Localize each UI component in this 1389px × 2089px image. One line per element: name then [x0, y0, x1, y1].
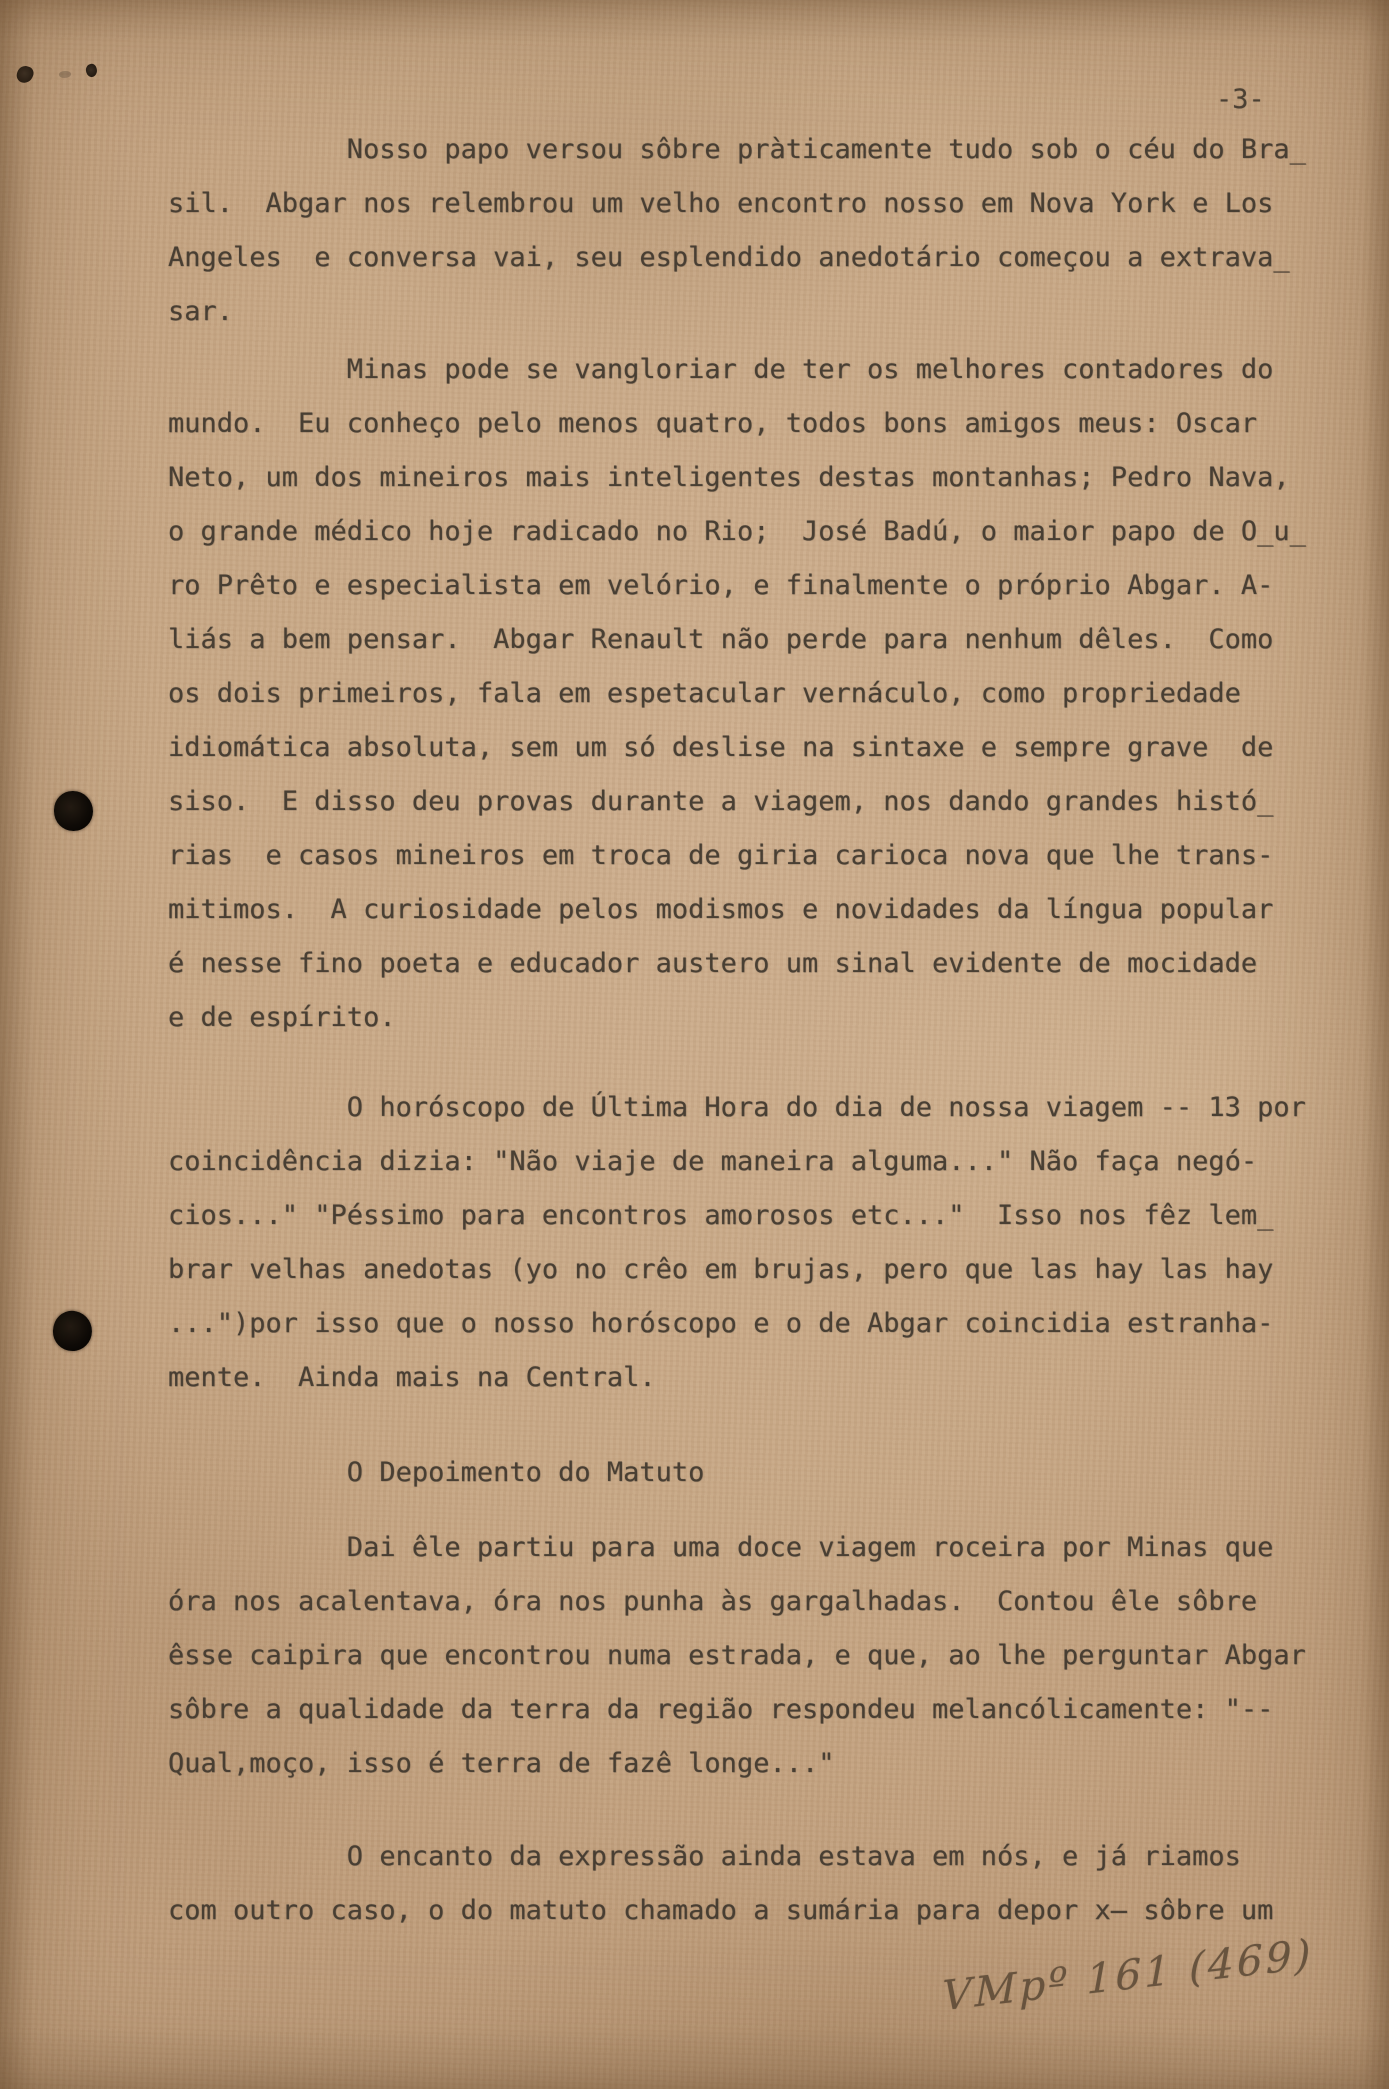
paragraph: Dai êle partiu para uma doce viagem roce… — [168, 1521, 1358, 1791]
typed-line: O Depoimento do Matuto — [168, 1446, 1358, 1500]
paragraph: Nosso papo versou sôbre pràticamente tud… — [168, 123, 1358, 339]
section-heading: O Depoimento do Matuto — [168, 1446, 1358, 1500]
typed-line: com outro caso, o do matuto chamado a su… — [168, 1884, 1358, 1938]
ink-blot — [54, 791, 93, 831]
typed-text: Nosso papo versou sôbre pràticamente tud… — [168, 123, 1358, 1938]
typed-line: sil. Abgar nos relembrou um velho encont… — [168, 177, 1358, 231]
handwritten-annotation: VMpº 161 (469) — [942, 1924, 1360, 2020]
typed-line: Neto, um dos mineiros mais inteligentes … — [168, 451, 1358, 505]
page-number: -3- — [1216, 84, 1265, 115]
ink-speck — [15, 64, 36, 85]
typed-line: brar velhas anedotas (yo no crêo em bruj… — [168, 1243, 1358, 1297]
typed-line: Nosso papo versou sôbre pràticamente tud… — [168, 123, 1358, 177]
typed-line: óra nos acalentava, óra nos punha às gar… — [168, 1575, 1358, 1629]
typed-line: Qual,moço, isso é terra de fazê longe...… — [168, 1737, 1358, 1791]
ink-speck — [59, 71, 71, 78]
typed-line: e de espírito. — [168, 991, 1358, 1045]
paragraph: Minas pode se vangloriar de ter os melho… — [168, 343, 1358, 1045]
typed-line: é nesse fino poeta e educador austero um… — [168, 937, 1358, 991]
typed-line: O encanto da expressão ainda estava em n… — [168, 1830, 1358, 1884]
typed-line: cios..." "Péssimo para encontros amoroso… — [168, 1189, 1358, 1243]
typed-line: Angeles e conversa vai, seu esplendido a… — [168, 231, 1358, 285]
ink-blot — [49, 1307, 95, 1354]
typed-line: liás a bem pensar. Abgar Renault não per… — [168, 613, 1358, 667]
typed-line: ro Prêto e especialista em velório, e fi… — [168, 559, 1358, 613]
typed-line: mente. Ainda mais na Central. — [168, 1351, 1358, 1405]
typed-line: êsse caipira que encontrou numa estrada,… — [168, 1629, 1358, 1683]
typed-line: O horóscopo de Última Hora do dia de nos… — [168, 1081, 1358, 1135]
typed-line: sar. — [168, 285, 1358, 339]
typewritten-page: -3- Nosso papo versou sôbre pràticamente… — [0, 0, 1389, 2089]
ink-speck — [85, 63, 99, 78]
typed-line: mitimos. A curiosidade pelos modismos e … — [168, 883, 1358, 937]
typed-line: siso. E disso deu provas durante a viage… — [168, 775, 1358, 829]
typed-line: Dai êle partiu para uma doce viagem roce… — [168, 1521, 1358, 1575]
typed-line: mundo. Eu conheço pelo menos quatro, tod… — [168, 397, 1358, 451]
typed-line: rias e casos mineiros em troca de giria … — [168, 829, 1358, 883]
paragraph: O horóscopo de Última Hora do dia de nos… — [168, 1081, 1358, 1405]
typed-line: ...")por isso que o nosso horóscopo e o … — [168, 1297, 1358, 1351]
typed-line: o grande médico hoje radicado no Rio; Jo… — [168, 505, 1358, 559]
typed-line: os dois primeiros, fala em espetacular v… — [168, 667, 1358, 721]
typed-line: Minas pode se vangloriar de ter os melho… — [168, 343, 1358, 397]
typed-line: sôbre a qualidade da terra da região res… — [168, 1683, 1358, 1737]
typed-line: idiomática absoluta, sem um só deslise n… — [168, 721, 1358, 775]
paragraph: O encanto da expressão ainda estava em n… — [168, 1830, 1358, 1938]
typed-line: coincidência dizia: "Não viaje de maneir… — [168, 1135, 1358, 1189]
